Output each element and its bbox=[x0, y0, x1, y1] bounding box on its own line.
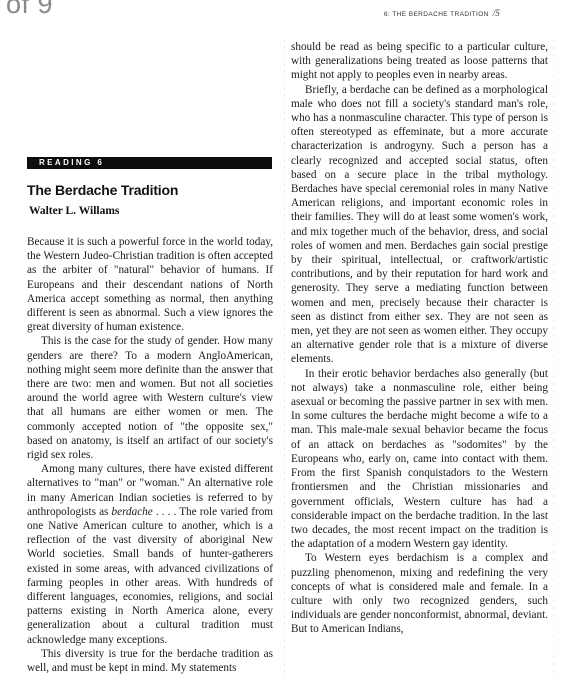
running-header: 6: THE BERDACHE TRADITION/5 bbox=[384, 8, 500, 18]
paragraph: To Western eyes berdachism is a complex … bbox=[291, 551, 548, 636]
paragraph: Briefly, a berdache can be defined as a … bbox=[291, 83, 548, 367]
page-edge bbox=[553, 40, 554, 680]
page-counter: of 9 bbox=[6, 0, 53, 18]
page-number: /5 bbox=[493, 8, 500, 18]
paragraph: Among many cultures, there have existed … bbox=[27, 462, 273, 647]
left-column: Because it is such a powerful force in t… bbox=[27, 235, 273, 675]
paragraph-text: . . . . The role varied from one Native … bbox=[27, 506, 273, 646]
article-author: Walter L. Willams bbox=[29, 205, 119, 217]
paragraph: Because it is such a powerful force in t… bbox=[27, 235, 273, 334]
paragraph: should be read as being specific to a pa… bbox=[291, 40, 548, 83]
right-column: should be read as being specific to a pa… bbox=[291, 40, 548, 637]
reading-banner: READING 6 bbox=[27, 157, 272, 169]
article-title: The Berdache Tradition bbox=[27, 182, 178, 198]
italic-term: berdache bbox=[112, 506, 153, 518]
paragraph: This is the case for the study of gender… bbox=[27, 334, 273, 462]
running-header-section: 6: THE BERDACHE TRADITION bbox=[384, 11, 489, 18]
column-divider bbox=[284, 40, 285, 680]
paragraph: This diversity is true for the berdache … bbox=[27, 647, 273, 675]
paragraph: In their erotic behavior berdaches also … bbox=[291, 367, 548, 552]
